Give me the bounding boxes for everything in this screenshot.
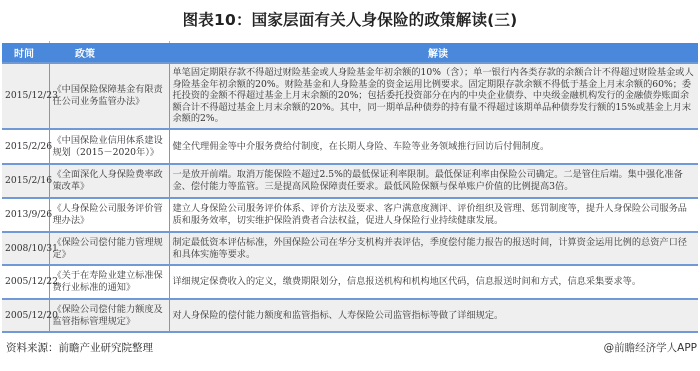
table-row: 2015/2/16 《全面深化人身保险费率政策改革》 一是放开前端。取消万能保险… <box>2 164 698 198</box>
cell-date: 2015/2/26 <box>2 129 49 164</box>
cell-date: 2005/12/22 <box>2 265 49 299</box>
table-row: 2008/10/31 《保险公司偿付能力管理规定》 制定最低资本评估标准，外国保… <box>2 232 698 265</box>
table-row: 2005/12/22 《关于在寿险业建立标准保费行业标准的通知》 详细规定保费收… <box>2 265 698 299</box>
cell-date: 2013/9/26 <box>2 198 49 232</box>
cell-policy: 《全面深化人身保险费率政策改革》 <box>49 164 169 198</box>
header-time: 时间 <box>2 43 49 63</box>
cell-interpretation: 健全代理佣金等中介服务费给付制度，在长期人身险、车险等业务领域推行回访后付佣制度… <box>169 129 698 164</box>
header-policy: 政策 <box>49 43 169 63</box>
cell-policy: 《中国保险业信用体系建设规划（2015－2020年）》 <box>49 129 169 164</box>
table-header-row: 时间 政策 解读 <box>2 43 698 63</box>
cell-date: 2005/12/20 <box>2 299 49 332</box>
cell-policy: 《关于在寿险业建立标准保费行业标准的通知》 <box>49 265 169 299</box>
table-row: 2015/2/26 《中国保险业信用体系建设规划（2015－2020年）》 健全… <box>2 129 698 164</box>
cell-date: 2008/10/31 <box>2 232 49 265</box>
cell-interpretation: 详细规定保费收入的定义，缴费期限划分，信息报送机构和机构地区代码，信息报送时间和… <box>169 265 698 299</box>
cell-policy: 《中国保险保障基金有限责任公司业务监管办法》 <box>49 63 169 129</box>
cell-policy: 《保险公司偿付能力额度及监管指标管理规定》 <box>49 299 169 332</box>
source-note: 资料来源：前瞻产业研究院整理 <box>6 340 153 355</box>
cell-date: 2015/12/23 <box>2 63 49 129</box>
cell-interpretation: 建立人身保险公司服务评价体系、评价方法及要求、客户满意度测评、评价组织及管理、惩… <box>169 198 698 232</box>
table-row: 2013/9/26 《人身保险公司服务评价管理办法》 建立人身保险公司服务评价体… <box>2 198 698 232</box>
table-row: 2015/12/23 《中国保险保障基金有限责任公司业务监管办法》 单笔固定期限… <box>2 63 698 129</box>
chart-title: 图表10：国家层面有关人身保险的政策解读(三) <box>0 8 700 30</box>
cell-interpretation: 单笔固定期限存款不得超过财险基金或人身险基金年初余额的10%（含）；单一银行内各… <box>169 63 698 129</box>
policy-table: 时间 政策 解读 2015/12/23 《中国保险保障基金有限责任公司业务监管办… <box>2 43 698 333</box>
header-interpretation: 解读 <box>169 43 698 63</box>
table-row: 2005/12/20 《保险公司偿付能力额度及监管指标管理规定》 对人身保险的偿… <box>2 299 698 332</box>
cell-interpretation: 制定最低资本评估标准，外国保险公司在华分支机构并表评估，季度偿付能力报告的报送时… <box>169 232 698 265</box>
brand-credit: @前瞻经济学人APP <box>604 340 697 355</box>
cell-date: 2015/2/16 <box>2 164 49 198</box>
cell-interpretation: 一是放开前端。取消万能保险不超过2.5%的最低保证利率限制。最低保证利率由保险公… <box>169 164 698 198</box>
cell-policy: 《人身保险公司服务评价管理办法》 <box>49 198 169 232</box>
cell-policy: 《保险公司偿付能力管理规定》 <box>49 232 169 265</box>
cell-interpretation: 对人身保险的偿付能力额度和监管指标、人寿保险公司监管指标等做了详细规定。 <box>169 299 698 332</box>
